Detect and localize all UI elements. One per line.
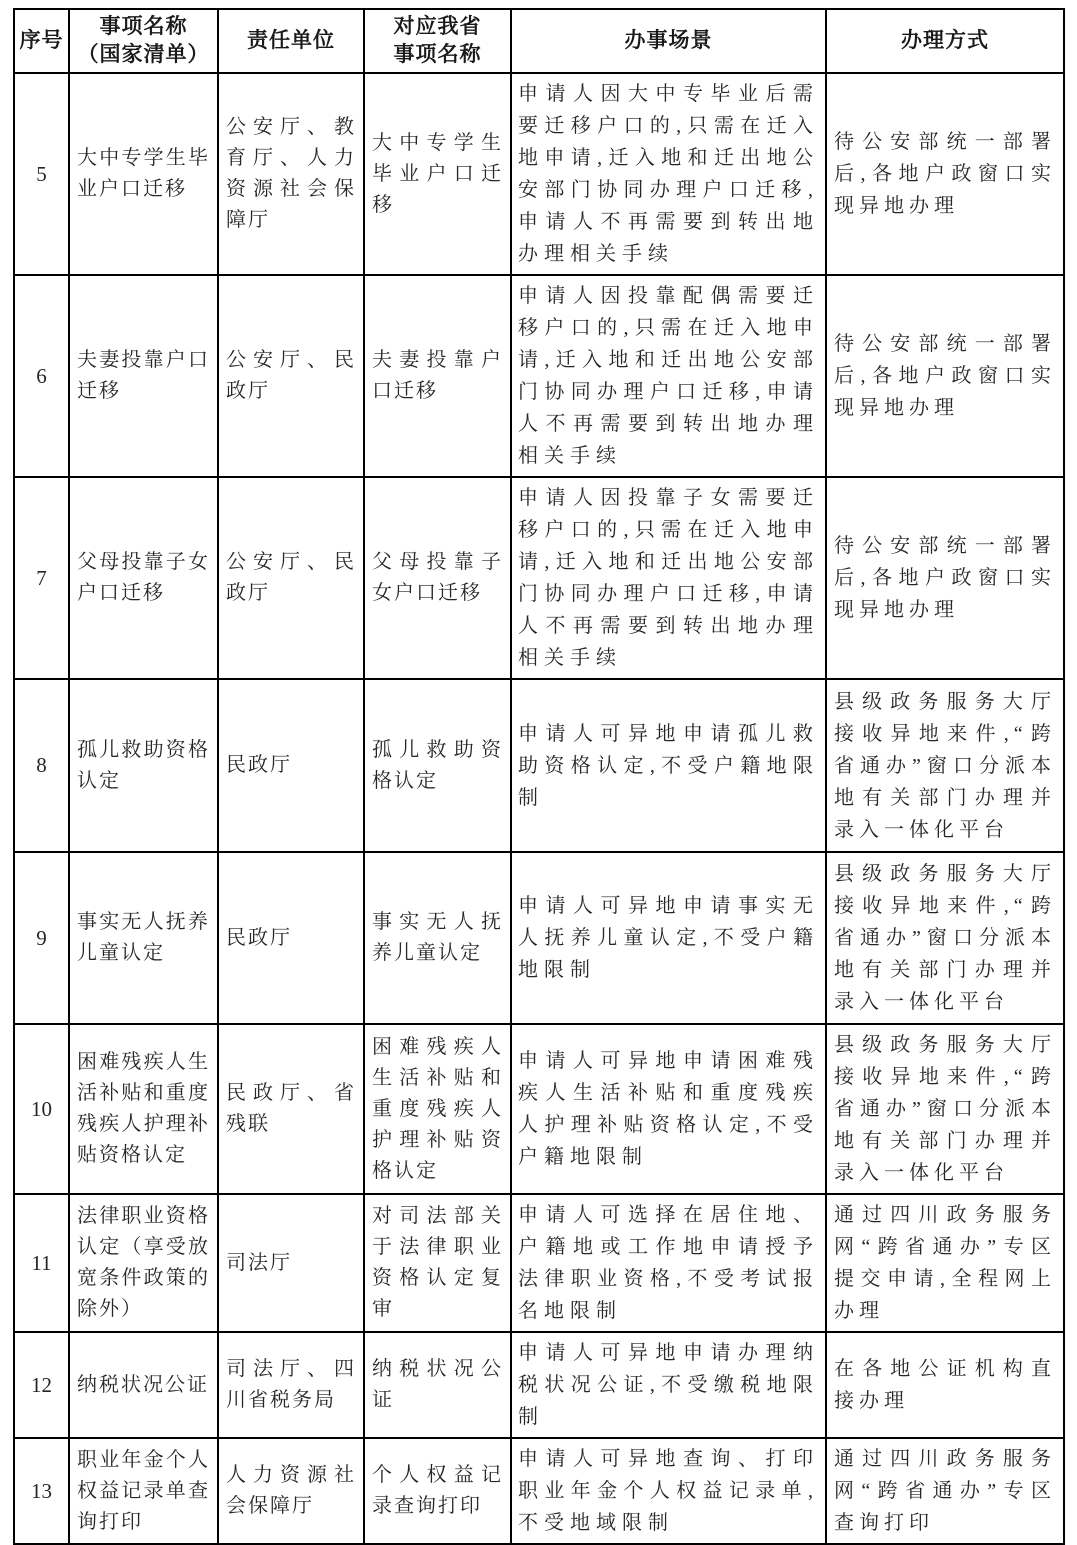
cell-service-scenario: 申请人可异地申请困难残疾人生活补贴和重度残疾人护理补贴资格认定,不受户籍地限制: [511, 1024, 826, 1194]
table-row: 12 纳税状况公证 司法厅、四川省税务局 纳税状况公证 申请人可异地申请办理纳税…: [14, 1332, 1064, 1438]
table-row: 11 法律职业资格认定（享受放宽条件政策的除外） 司法厅 对司法部关于法律职业资…: [14, 1194, 1064, 1332]
cell-item-name-national: 困难残疾人生活补贴和重度残疾人护理补贴资格认定: [69, 1024, 218, 1194]
cell-service-scenario: 申请人可异地申请孤儿救助资格认定,不受户籍地限制: [511, 679, 826, 852]
cell-service-scenario: 申请人可异地申请办理纳税状况公证,不受缴税地限制: [511, 1332, 826, 1438]
cell-provincial-item-name: 困难残疾人生活补贴和重度残疾人护理补贴资格认定: [364, 1024, 511, 1194]
table-row: 10 困难残疾人生活补贴和重度残疾人护理补贴资格认定 民政厅、省残联 困难残疾人…: [14, 1024, 1064, 1194]
cell-item-name-national: 职业年金个人权益记录单查询打印: [69, 1438, 218, 1544]
cell-handling-method: 县级政务服务大厅接收异地来件,“跨省通办”窗口分派本地有关部门办理并录入一体化平…: [826, 679, 1064, 852]
cell-item-name-national: 孤儿救助资格认定: [69, 679, 218, 852]
row-serial-number: 5: [14, 73, 69, 275]
cell-provincial-item-name: 纳税状况公证: [364, 1332, 511, 1438]
cell-provincial-item-name: 父母投靠子女户口迁移: [364, 477, 511, 679]
cell-service-scenario: 申请人因投靠子女需要迁移户口的,只需在迁入地申请,迁入地和迁出地公安部门协同办理…: [511, 477, 826, 679]
table-row: 7 父母投靠子女户口迁移 公安厅、民政厅 父母投靠子女户口迁移 申请人因投靠子女…: [14, 477, 1064, 679]
cell-item-name-national: 父母投靠子女户口迁移: [69, 477, 218, 679]
col-header-handling-method: 办理方式: [826, 9, 1064, 73]
col-header-responsible-unit: 责任单位: [218, 9, 364, 73]
table-row: 5 大中专学生毕业户口迁移 公安厅、教育厅、人力资源社会保障厅 大中专学生毕业户…: [14, 73, 1064, 275]
row-serial-number: 12: [14, 1332, 69, 1438]
cell-responsible-unit: 司法厅: [218, 1194, 364, 1332]
row-serial-number: 8: [14, 679, 69, 852]
cell-handling-method: 县级政务服务大厅接收异地来件,“跨省通办”窗口分派本地有关部门办理并录入一体化平…: [826, 852, 1064, 1024]
cell-responsible-unit: 司法厅、四川省税务局: [218, 1332, 364, 1438]
table-row: 9 事实无人抚养儿童认定 民政厅 事实无人抚养儿童认定 申请人可异地申请事实无人…: [14, 852, 1064, 1024]
col-header-item-name-national: 事项名称 （国家清单）: [69, 9, 218, 73]
cell-handling-method: 通过四川政务服务网“跨省通办”专区提交申请,全程网上办理: [826, 1194, 1064, 1332]
cell-responsible-unit: 民政厅: [218, 852, 364, 1024]
cell-provincial-item-name: 夫妻投靠户口迁移: [364, 275, 511, 477]
row-serial-number: 6: [14, 275, 69, 477]
cell-item-name-national: 事实无人抚养儿童认定: [69, 852, 218, 1024]
cell-service-scenario: 申请人因投靠配偶需要迁移户口的,只需在迁入地申请,迁入地和迁出地公安部门协同办理…: [511, 275, 826, 477]
row-serial-number: 10: [14, 1024, 69, 1194]
cell-service-scenario: 申请人可选择在居住地、户籍地或工作地申请授予法律职业资格,不受考试报名地限制: [511, 1194, 826, 1332]
cell-service-scenario: 申请人因大中专毕业后需要迁移户口的,只需在迁入地申请,迁入地和迁出地公安部门协同…: [511, 73, 826, 275]
cell-item-name-national: 法律职业资格认定（享受放宽条件政策的除外）: [69, 1194, 218, 1332]
cell-handling-method: 待公安部统一部署后,各地户政窗口实现异地办理: [826, 275, 1064, 477]
cell-responsible-unit: 民政厅: [218, 679, 364, 852]
col-header-provincial-item-name: 对应我省 事项名称: [364, 9, 511, 73]
table-header-row: 序号 事项名称 （国家清单） 责任单位 对应我省 事项名称 办事场景 办理方式: [14, 9, 1064, 73]
col-header-service-scenario: 办事场景: [511, 9, 826, 73]
cell-responsible-unit: 民政厅、省残联: [218, 1024, 364, 1194]
cell-provincial-item-name: 对司法部关于法律职业资格认定复审: [364, 1194, 511, 1332]
cell-handling-method: 通过四川政务服务网“跨省通办”专区查询打印: [826, 1438, 1064, 1544]
row-serial-number: 11: [14, 1194, 69, 1332]
row-serial-number: 9: [14, 852, 69, 1024]
cell-responsible-unit: 公安厅、民政厅: [218, 477, 364, 679]
cell-service-scenario: 申请人可异地查询、打印职业年金个人权益记录单,不受地域限制: [511, 1438, 826, 1544]
cross-province-services-table: 序号 事项名称 （国家清单） 责任单位 对应我省 事项名称 办事场景 办理方式 …: [13, 8, 1065, 1545]
table-row: 6 夫妻投靠户口迁移 公安厅、民政厅 夫妻投靠户口迁移 申请人因投靠配偶需要迁移…: [14, 275, 1064, 477]
table-row: 13 职业年金个人权益记录单查询打印 人力资源社会保障厅 个人权益记录查询打印 …: [14, 1438, 1064, 1544]
cell-responsible-unit: 公安厅、民政厅: [218, 275, 364, 477]
cell-item-name-national: 夫妻投靠户口迁移: [69, 275, 218, 477]
document-page: 序号 事项名称 （国家清单） 责任单位 对应我省 事项名称 办事场景 办理方式 …: [0, 0, 1077, 1528]
row-serial-number: 13: [14, 1438, 69, 1544]
row-serial-number: 7: [14, 477, 69, 679]
cell-item-name-national: 纳税状况公证: [69, 1332, 218, 1438]
table-row: 8 孤儿救助资格认定 民政厅 孤儿救助资格认定 申请人可异地申请孤儿救助资格认定…: [14, 679, 1064, 852]
cell-provincial-item-name: 大中专学生毕业户口迁移: [364, 73, 511, 275]
cell-responsible-unit: 人力资源社会保障厅: [218, 1438, 364, 1544]
cell-handling-method: 在各地公证机构直接办理: [826, 1332, 1064, 1438]
cell-handling-method: 待公安部统一部署后,各地户政窗口实现异地办理: [826, 73, 1064, 275]
cell-item-name-national: 大中专学生毕业户口迁移: [69, 73, 218, 275]
cell-provincial-item-name: 事实无人抚养儿童认定: [364, 852, 511, 1024]
cell-handling-method: 待公安部统一部署后,各地户政窗口实现异地办理: [826, 477, 1064, 679]
cell-provincial-item-name: 孤儿救助资格认定: [364, 679, 511, 852]
col-header-serial-number: 序号: [14, 9, 69, 73]
cell-provincial-item-name: 个人权益记录查询打印: [364, 1438, 511, 1544]
cell-handling-method: 县级政务服务大厅接收异地来件,“跨省通办”窗口分派本地有关部门办理并录入一体化平…: [826, 1024, 1064, 1194]
cell-service-scenario: 申请人可异地申请事实无人抚养儿童认定,不受户籍地限制: [511, 852, 826, 1024]
table-body: 5 大中专学生毕业户口迁移 公安厅、教育厅、人力资源社会保障厅 大中专学生毕业户…: [14, 73, 1064, 1544]
cell-responsible-unit: 公安厅、教育厅、人力资源社会保障厅: [218, 73, 364, 275]
